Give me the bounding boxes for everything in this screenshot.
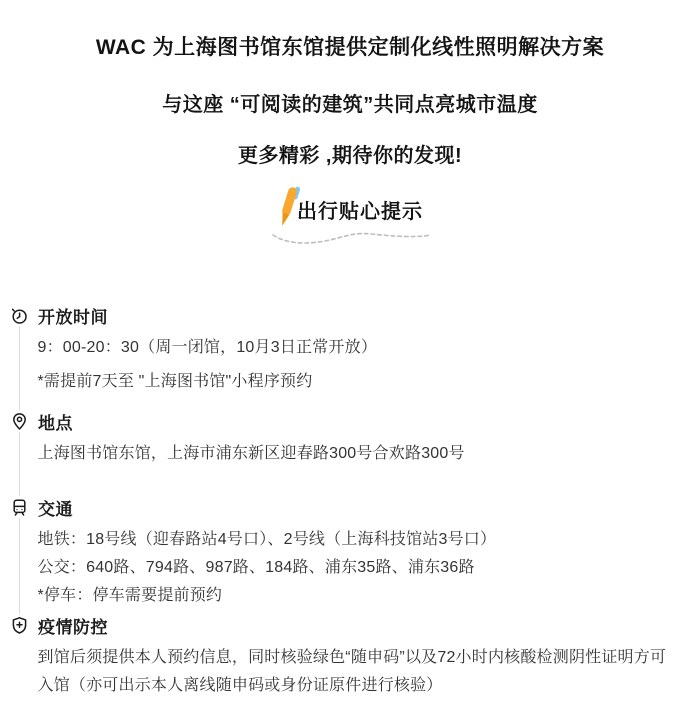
- hero-header: WAC 为上海图书馆东馆提供定制化线性照明解决方案 与这座 “可阅读的建筑”共同…: [0, 0, 700, 171]
- section-title-covid: 疫情防控: [38, 613, 108, 638]
- section-title-transport: 交通: [38, 495, 73, 520]
- tips-label: 出行贴心提示: [297, 197, 433, 227]
- clock-icon: [10, 306, 29, 325]
- reservation-note: *需提前7天至 "上海图书馆"小程序预约: [38, 368, 670, 396]
- transit-icon: [10, 498, 29, 517]
- pen-icon: [273, 183, 305, 231]
- opening-hours-text: 9：00-20：30（周一闭馆，10月3日正常开放）: [38, 334, 670, 362]
- metro-text: 地铁：18号线（迎春路站4号口）、2号线（上海科技馆站3号口）: [38, 526, 670, 554]
- section-title-location: 地点: [38, 409, 73, 434]
- section-body-transport: 地铁：18号线（迎春路站4号口）、2号线（上海科技馆站3号口） 公交：640路、…: [19, 518, 677, 614]
- headline-sub-2: 更多精彩 ,期待你的发现!: [0, 141, 700, 171]
- section-transport: 交通 地铁：18号线（迎春路站4号口）、2号线（上海科技馆站3号口） 公交：64…: [10, 496, 676, 614]
- section-body-hours: 9：00-20：30（周一闭馆，10月3日正常开放） *需提前7天至 "上海图书…: [19, 326, 677, 410]
- section-location: 地点 上海图书馆东馆，上海市浦东新区迎春路300号合欢路300号: [10, 410, 676, 496]
- shield-plus-icon: [10, 616, 29, 635]
- section-body-covid: 到馆后须提供本人预约信息，同时核验绿色“随申码”以及72小时内核酸检测阴性证明方…: [19, 636, 677, 710]
- headline-main: WAC 为上海图书馆东馆提供定制化线性照明解决方案: [0, 33, 700, 63]
- tips-banner: 出行贴心提示: [267, 189, 433, 248]
- section-opening-hours: 开放时间 9：00-20：30（周一闭馆，10月3日正常开放） *需提前7天至 …: [10, 304, 676, 410]
- headline-sub-1: 与这座 “可阅读的建筑”共同点亮城市温度: [0, 90, 700, 120]
- covid-policy-text: 到馆后须提供本人预约信息，同时核验绿色“随申码”以及72小时内核酸检测阴性证明方…: [38, 644, 670, 700]
- location-pin-icon: [10, 412, 29, 431]
- bus-text: 公交：640路、794路、987路、184路、浦东35路、浦东36路: [38, 554, 670, 582]
- info-sections: 开放时间 9：00-20：30（周一闭馆，10月3日正常开放） *需提前7天至 …: [0, 304, 700, 710]
- address-text: 上海图书馆东馆，上海市浦东新区迎春路300号合欢路300号: [38, 440, 670, 468]
- section-covid: 疫情防控 到馆后须提供本人预约信息，同时核验绿色“随申码”以及72小时内核酸检测…: [10, 614, 676, 710]
- section-title-hours: 开放时间: [38, 303, 108, 328]
- parking-note: *停车：停车需要提前预约: [38, 582, 670, 610]
- section-body-location: 上海图书馆东馆，上海市浦东新区迎春路300号合欢路300号: [19, 432, 677, 496]
